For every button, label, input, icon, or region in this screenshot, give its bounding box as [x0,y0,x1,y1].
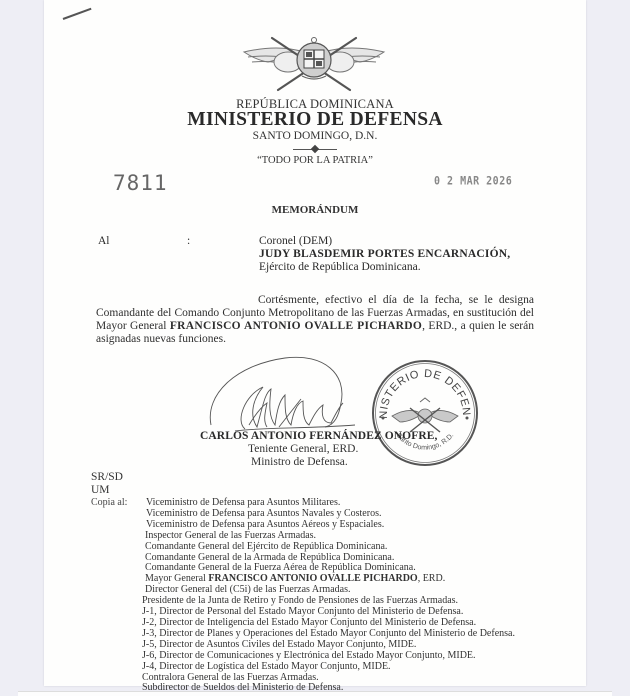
letterhead-city: SANTO DOMINGO, D.N. [44,130,586,142]
letterhead-motto: “TODO POR LA PATRIA” [44,155,586,166]
official-stamp-icon: MINISTERIO DE DEFENSA Santo Domingo, R.D… [370,358,480,468]
coat-of-arms-icon [238,30,390,96]
letterhead-ministry: MINISTERIO DE DEFENSA [44,109,586,131]
recipient-separator: : [187,235,190,247]
recipient-unit: Ejército de República Dominicana. [259,261,510,274]
reference-initials: SR/SD UM [91,471,123,497]
recipient-block: Coronel (DEM) JUDY BLASDEMIR PORTES ENCA… [259,235,510,274]
recipient-name: JUDY BLASDEMIR PORTES ENCARNACIÓN, [259,248,510,261]
copy-recipient-item: Comandante General del Ejército de Repúb… [145,542,515,553]
body-bold-name: FRANCISCO ANTONIO OVALLE PICHARDO [170,320,422,332]
copy-recipient-item: Inspector General de las Fuerzas Armadas… [145,531,515,542]
signature-icon [205,355,355,435]
copy-recipient-item: J-4, Director de Logística del Estado Ma… [142,662,515,673]
date-stamp: 0 2 MAR 2026 [434,175,512,188]
recipient-label: Al [98,235,110,247]
memo-title: MEMORÁNDUM [44,204,586,216]
signer-rank: Teniente General, ERD. [248,443,358,455]
copies-label: Copia al: [91,497,127,508]
signer-name: CARLOS ANTONIO FERNÁNDEZ ONOFRE, [200,430,438,442]
memo-body: Cortésmente, efectivo el día de la fecha… [96,294,534,346]
initials-line: SR/SD [91,471,123,484]
copy-recipient-item: Subdirector de Sueldos del Ministerio de… [142,683,515,694]
reference-number: 7811 [113,171,168,195]
copy-recipient-item: J-6, Director de Comunicaciones y Electr… [142,651,515,662]
initials-line: UM [91,484,123,497]
copies-list: Viceministro de Defensa para Asuntos Mil… [146,498,515,694]
recipient-rank: Coronel (DEM) [259,235,510,248]
signer-position: Ministro de Defensa. [251,456,348,468]
